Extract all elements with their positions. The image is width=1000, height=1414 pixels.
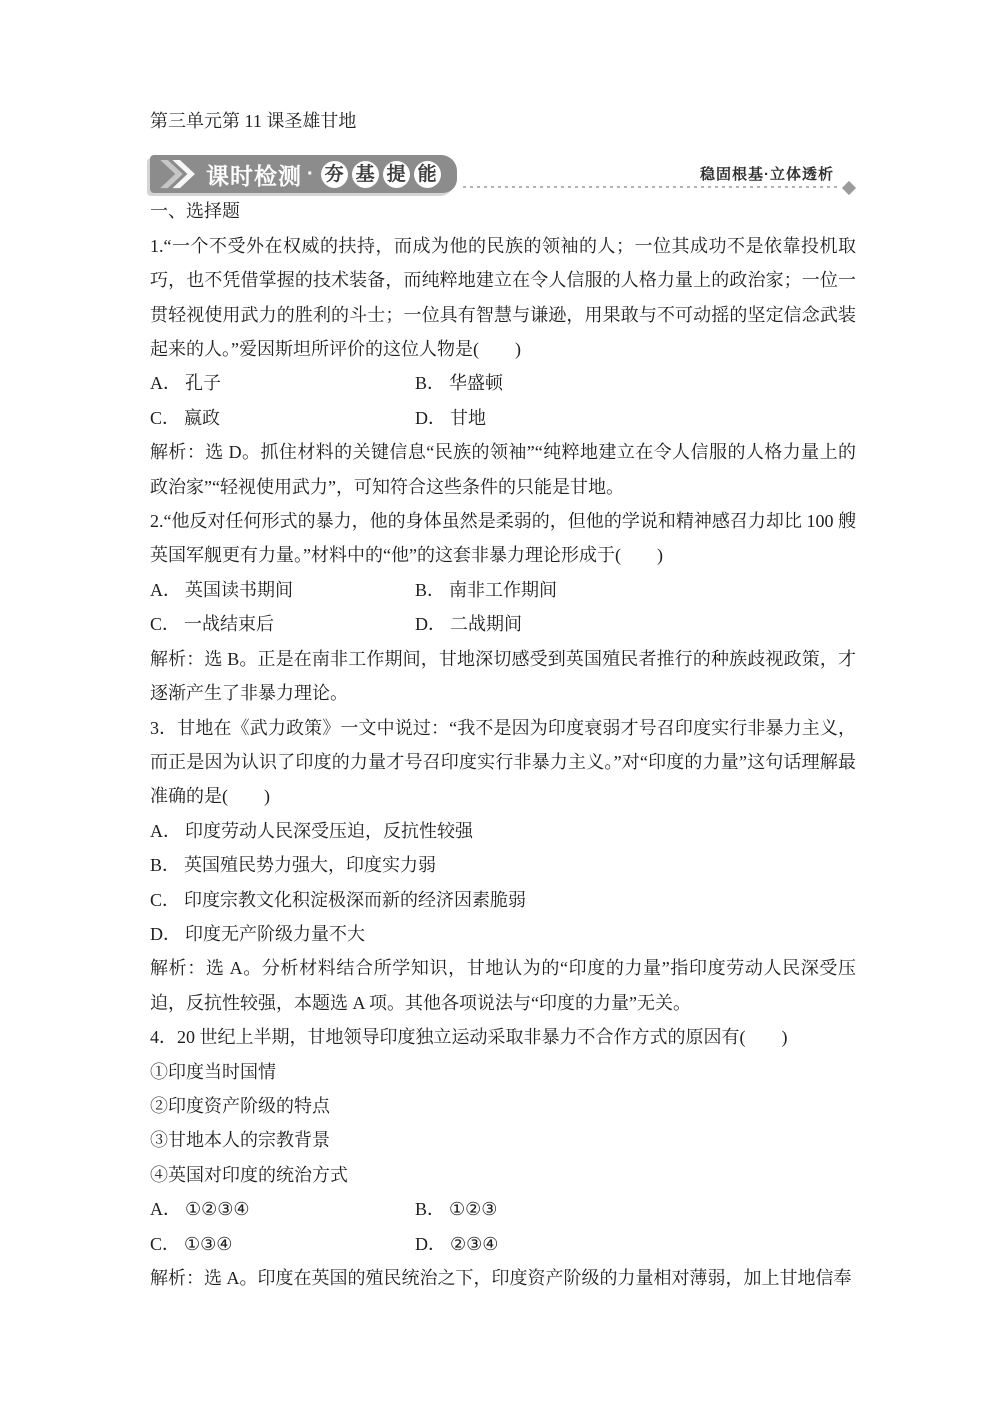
option-c: C．一战结束后 (150, 607, 415, 641)
analysis-text: 解析：选 B。正是在南非工作期间，甘地深切感受到英国殖民者推行的种族歧视政策，才… (150, 642, 856, 711)
banner-right: 稳固根基·立体透析 (457, 155, 856, 193)
banner-label: 课时检测 (206, 158, 302, 191)
option-label: B． (415, 373, 445, 393)
diamond-icon (842, 181, 856, 195)
option-b: B．华盛顿 (415, 366, 856, 400)
option-a: A．①②③④ (150, 1192, 415, 1226)
options-grid: A．英国读书期间B．南非工作期间C．一战结束后D．二战期间 (150, 573, 856, 642)
question-stem: 4．20 世纪上半期，甘地领导印度独立运动采取非暴力不合作方式的原因有( ) (150, 1020, 856, 1054)
option-label: C． (150, 614, 180, 634)
banner-bar: 课时检测 · 夯 基 提 能 (150, 155, 457, 193)
question-block-4: 4．20 世纪上半期，甘地领导印度独立运动采取非暴力不合作方式的原因有( )①印… (150, 1020, 856, 1295)
option-text: 印度劳动人民深受压迫，反抗性较强 (185, 821, 473, 841)
option-a: A．英国读书期间 (150, 573, 415, 607)
option-d: D．印度无产阶级力量不大 (150, 917, 856, 951)
analysis-text: 解析：选 D。抓住材料的关键信息“民族的领袖”“纯粹地建立在令人信服的人格力量上… (150, 435, 856, 504)
options-grid: A．①②③④B．①②③C．①③④D．②③④ (150, 1192, 856, 1261)
option-text: ①②③④ (185, 1199, 250, 1219)
dotted-divider (463, 186, 838, 188)
option-c: C．①③④ (150, 1227, 415, 1261)
section-heading: 一、选择题 (150, 194, 856, 228)
option-text: 一战结束后 (184, 614, 274, 634)
analysis-text: 解析：选 A。分析材料结合所学知识，甘地认为的“印度的力量”指印度劳动人民深受压… (150, 951, 856, 1020)
option-label: A． (150, 1199, 181, 1219)
option-d: D．二战期间 (415, 607, 856, 641)
option-text: 英国殖民势力强大，印度实力弱 (184, 855, 436, 875)
option-d: D．甘地 (415, 401, 856, 435)
option-text: 印度无产阶级力量不大 (185, 924, 365, 944)
question-stem: 2.“他反对任何形式的暴力，他的身体虽然是柔弱的，但他的学说和精神感召力却比 1… (150, 504, 856, 573)
option-text: ①②③ (449, 1199, 497, 1219)
question-block-2: 2.“他反对任何形式的暴力，他的身体虽然是柔弱的，但他的学说和精神感召力却比 1… (150, 504, 856, 710)
option-label: D． (415, 1234, 446, 1254)
worksheet-page: 第三单元第 11 课圣雄甘地 课时检测 · 夯 基 提 能 稳固根基·立体透析 (0, 0, 1000, 1414)
banner-badges: 夯 基 提 能 (317, 161, 441, 188)
numbered-condition: ①印度当时国情 (150, 1055, 856, 1089)
option-label: B． (150, 855, 180, 875)
option-b: B．①②③ (415, 1192, 856, 1226)
section-banner: 课时检测 · 夯 基 提 能 稳固根基·立体透析 (150, 155, 856, 193)
option-label: C． (150, 1234, 180, 1254)
option-label: C． (150, 408, 180, 428)
page-content: 第三单元第 11 课圣雄甘地 课时检测 · 夯 基 提 能 稳固根基·立体透析 (150, 0, 856, 1295)
option-a: A．印度劳动人民深受压迫，反抗性较强 (150, 814, 856, 848)
badge-circle: 提 (383, 161, 410, 188)
option-text: 嬴政 (184, 408, 220, 428)
option-label: B． (415, 580, 445, 600)
page-title: 第三单元第 11 课圣雄甘地 (150, 0, 856, 138)
option-c: C．嬴政 (150, 401, 415, 435)
option-label: D． (415, 614, 446, 634)
numbered-condition: ③甘地本人的宗教背景 (150, 1123, 856, 1157)
option-text: 南非工作期间 (449, 580, 557, 600)
option-text: 二战期间 (450, 614, 522, 634)
option-label: C． (150, 890, 180, 910)
badge-circle: 夯 (321, 161, 348, 188)
option-b: B．南非工作期间 (415, 573, 856, 607)
option-text: 华盛顿 (449, 373, 503, 393)
option-d: D．②③④ (415, 1227, 856, 1261)
option-text: ②③④ (450, 1234, 498, 1254)
numbered-condition: ②印度资产阶级的特点 (150, 1089, 856, 1123)
option-c: C．印度宗教文化积淀极深而新的经济因素脆弱 (150, 883, 856, 917)
double-chevron-icon (157, 159, 201, 189)
analysis-text: 解析：选 A。印度在英国的殖民统治之下，印度资产阶级的力量相对薄弱，加上甘地信奉 (150, 1261, 856, 1295)
option-text: 甘地 (450, 408, 486, 428)
option-text: 孔子 (185, 373, 221, 393)
questions: 1.“一个不受外在权威的扶持，而成为他的民族的领袖的人；一位其成功不是依靠投机取… (150, 229, 856, 1296)
option-text: 印度宗教文化积淀极深而新的经济因素脆弱 (184, 890, 526, 910)
option-text: 英国读书期间 (185, 580, 293, 600)
badge-circle: 能 (414, 161, 441, 188)
question-stem: 3．甘地在《武力政策》一文中说过：“我不是因为印度衰弱才号召印度实行非暴力主义，… (150, 711, 856, 814)
option-label: A． (150, 580, 181, 600)
options-grid: A．印度劳动人民深受压迫，反抗性较强B．英国殖民势力强大，印度实力弱C．印度宗教… (150, 814, 856, 952)
option-label: D． (150, 924, 181, 944)
question-stem: 1.“一个不受外在权威的扶持，而成为他的民族的领袖的人；一位其成功不是依靠投机取… (150, 229, 856, 367)
option-label: B． (415, 1199, 445, 1219)
banner-tagline: 稳固根基·立体透析 (700, 163, 834, 184)
option-label: A． (150, 373, 181, 393)
option-a: A．孔子 (150, 366, 415, 400)
numbered-condition: ④英国对印度的统治方式 (150, 1158, 856, 1192)
option-label: A． (150, 821, 181, 841)
question-block-3: 3．甘地在《武力政策》一文中说过：“我不是因为印度衰弱才号召印度实行非暴力主义，… (150, 711, 856, 1021)
question-block-1: 1.“一个不受外在权威的扶持，而成为他的民族的领袖的人；一位其成功不是依靠投机取… (150, 229, 856, 504)
badge-circle: 基 (352, 161, 379, 188)
banner-separator-dot: · (307, 163, 314, 186)
option-label: D． (415, 408, 446, 428)
option-b: B．英国殖民势力强大，印度实力弱 (150, 848, 856, 882)
option-text: ①③④ (184, 1234, 232, 1254)
options-grid: A．孔子B．华盛顿C．嬴政D．甘地 (150, 366, 856, 435)
